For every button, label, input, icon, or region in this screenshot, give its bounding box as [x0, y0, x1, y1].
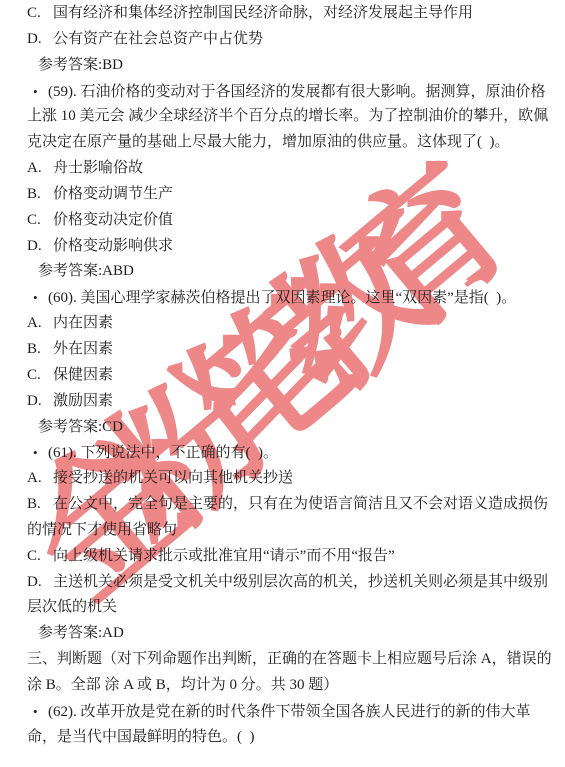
- option-letter: D.: [27, 570, 53, 596]
- line-text: 外在因素: [53, 341, 113, 357]
- question-line: •(61). 下列说法中，不正确的有( )。: [0, 440, 565, 466]
- option-letter: C.: [27, 1, 53, 27]
- line-text: 参考答案:ABD: [38, 263, 134, 279]
- line-text: 公有资产在社会总资产中占优势: [53, 31, 263, 47]
- option-letter: D.: [27, 234, 53, 260]
- line-text: 向上级机关请求批示或批准宜用“请示”而不用“报告”: [53, 548, 395, 564]
- line-text: 内在因素: [53, 315, 113, 331]
- plain-line: 克决定在原产量的基础上尽最大能力，增加原油的供应量。这体现了( )。: [0, 130, 565, 156]
- line-text: (59). 石油价格的变动对于各国经济的发展都有很大影响。据测算，原油价格: [48, 84, 546, 100]
- option-letter: A.: [27, 156, 53, 182]
- option-letter: D.: [27, 389, 53, 415]
- option-letter: D.: [27, 27, 53, 53]
- line-text: 参考答案:CD: [38, 419, 123, 435]
- question-line: •(59). 石油价格的变动对于各国经济的发展都有很大影响。据测算，原油价格: [0, 79, 565, 105]
- option-line: C.价格变动决定价值: [0, 208, 565, 234]
- line-text: (62). 改革开放是党在新的时代条件下带领全国各族人民进行的新的伟大革: [48, 704, 531, 720]
- option-letter: C.: [27, 208, 53, 234]
- line-text: 价格变动决定价值: [53, 212, 173, 228]
- line-text: 三、判断题（对下列命题作出判断，正确的在答题卡上相应题号后涂 A，错误的: [27, 651, 552, 667]
- option-line: C.向上级机关请求批示或批准宜用“请示”而不用“报告”: [0, 544, 565, 570]
- bullet-icon: •: [33, 440, 48, 466]
- question-line: •(62). 改革开放是党在新的时代条件下带领全国各族人民进行的新的伟大革: [0, 699, 565, 725]
- option-line: B.在公文中，完全句是主要的，只有在为使语言简洁且又不会对语义造成损伤: [0, 492, 565, 518]
- line-text: 激励因素: [53, 393, 113, 409]
- plain-line: 上涨 10 美元会 减少全球经济半个百分点的增长率。为了控制油价的攀升，欧佩: [0, 104, 565, 130]
- line-text: 保健因素: [53, 367, 113, 383]
- plain-line: 的情况下才使用省略句: [0, 518, 565, 544]
- line-text: 国有经济和集体经济控制国民经济命脉，对经济发展起主导作用: [53, 5, 473, 21]
- option-line: B.价格变动调节生产: [0, 182, 565, 208]
- answer-line: 参考答案:BD: [0, 53, 565, 79]
- option-line: D.主送机关必须是受文机关中级别层次高的机关，抄送机关则必须是其中级别: [0, 570, 565, 596]
- option-letter: B.: [27, 337, 53, 363]
- line-text: (61). 下列说法中，不正确的有( )。: [48, 445, 278, 461]
- option-letter: C.: [27, 363, 53, 389]
- plain-line: 三、判断题（对下列命题作出判断，正确的在答题卡上相应题号后涂 A，错误的: [0, 647, 565, 673]
- option-line: C.保健因素: [0, 363, 565, 389]
- line-text: 在公文中，完全句是主要的，只有在为使语言简洁且又不会对语义造成损伤: [53, 496, 548, 512]
- option-line: D.公有资产在社会总资产中占优势: [0, 27, 565, 53]
- line-text: (60). 美国心理学家赫茨伯格提出了双因素理论。这里“双因素”是指( )。: [48, 290, 516, 306]
- answer-line: 参考答案:ABD: [0, 259, 565, 285]
- option-line: B.外在因素: [0, 337, 565, 363]
- option-letter: B.: [27, 182, 53, 208]
- answer-line: 参考答案:AD: [0, 621, 565, 647]
- document-page: 金粉笔教育 C.国有经济和集体经济控制国民经济命脉，对经济发展起主导作用D.公有…: [0, 0, 565, 767]
- bullet-icon: •: [33, 699, 48, 725]
- line-text: 价格变动调节生产: [53, 186, 173, 202]
- option-line: A.舟士影喻俗故: [0, 156, 565, 182]
- option-line: D.激励因素: [0, 389, 565, 415]
- answer-line: 参考答案:CD: [0, 415, 565, 441]
- bullet-icon: •: [33, 79, 48, 105]
- line-text: 命，是当代中国最鲜明的特色。( ): [27, 729, 255, 745]
- option-line: A.内在因素: [0, 311, 565, 337]
- line-text: 参考答案:AD: [38, 625, 124, 641]
- line-text: 接受抄送的机关可以向其他机关抄送: [53, 470, 293, 486]
- option-line: D.价格变动影响供求: [0, 234, 565, 260]
- plain-line: 涂 B。全部 涂 A 或 B，均计为 0 分。共 30 题）: [0, 673, 565, 699]
- line-text: 上涨 10 美元会 减少全球经济半个百分点的增长率。为了控制油价的攀升，欧佩: [27, 108, 548, 124]
- document-body: C.国有经济和集体经济控制国民经济命脉，对经济发展起主导作用D.公有资产在社会总…: [0, 0, 565, 767]
- line-text: 参考答案:BD: [38, 57, 123, 73]
- option-letter: A.: [27, 466, 53, 492]
- option-line: A.接受抄送的机关可以向其他机关抄送: [0, 466, 565, 492]
- line-text: 层次低的机关: [27, 599, 117, 615]
- plain-line: 层次低的机关: [0, 595, 565, 621]
- line-text: 的情况下才使用省略句: [27, 522, 177, 538]
- bullet-icon: •: [33, 285, 48, 311]
- option-letter: B.: [27, 492, 53, 518]
- line-text: 涂 B。全部 涂 A 或 B，均计为 0 分。共 30 题）: [27, 677, 338, 693]
- question-line: •(60). 美国心理学家赫茨伯格提出了双因素理论。这里“双因素”是指( )。: [0, 285, 565, 311]
- line-text: 主送机关必须是受文机关中级别层次高的机关，抄送机关则必须是其中级别: [53, 574, 548, 590]
- option-letter: A.: [27, 311, 53, 337]
- line-text: 舟士影喻俗故: [53, 160, 143, 176]
- line-text: 价格变动影响供求: [53, 238, 173, 254]
- plain-line: 命，是当代中国最鲜明的特色。( ): [0, 725, 565, 751]
- line-text: 克决定在原产量的基础上尽最大能力，增加原油的供应量。这体现了( )。: [27, 134, 510, 150]
- option-line: C.国有经济和集体经济控制国民经济命脉，对经济发展起主导作用: [0, 1, 565, 27]
- option-letter: C.: [27, 544, 53, 570]
